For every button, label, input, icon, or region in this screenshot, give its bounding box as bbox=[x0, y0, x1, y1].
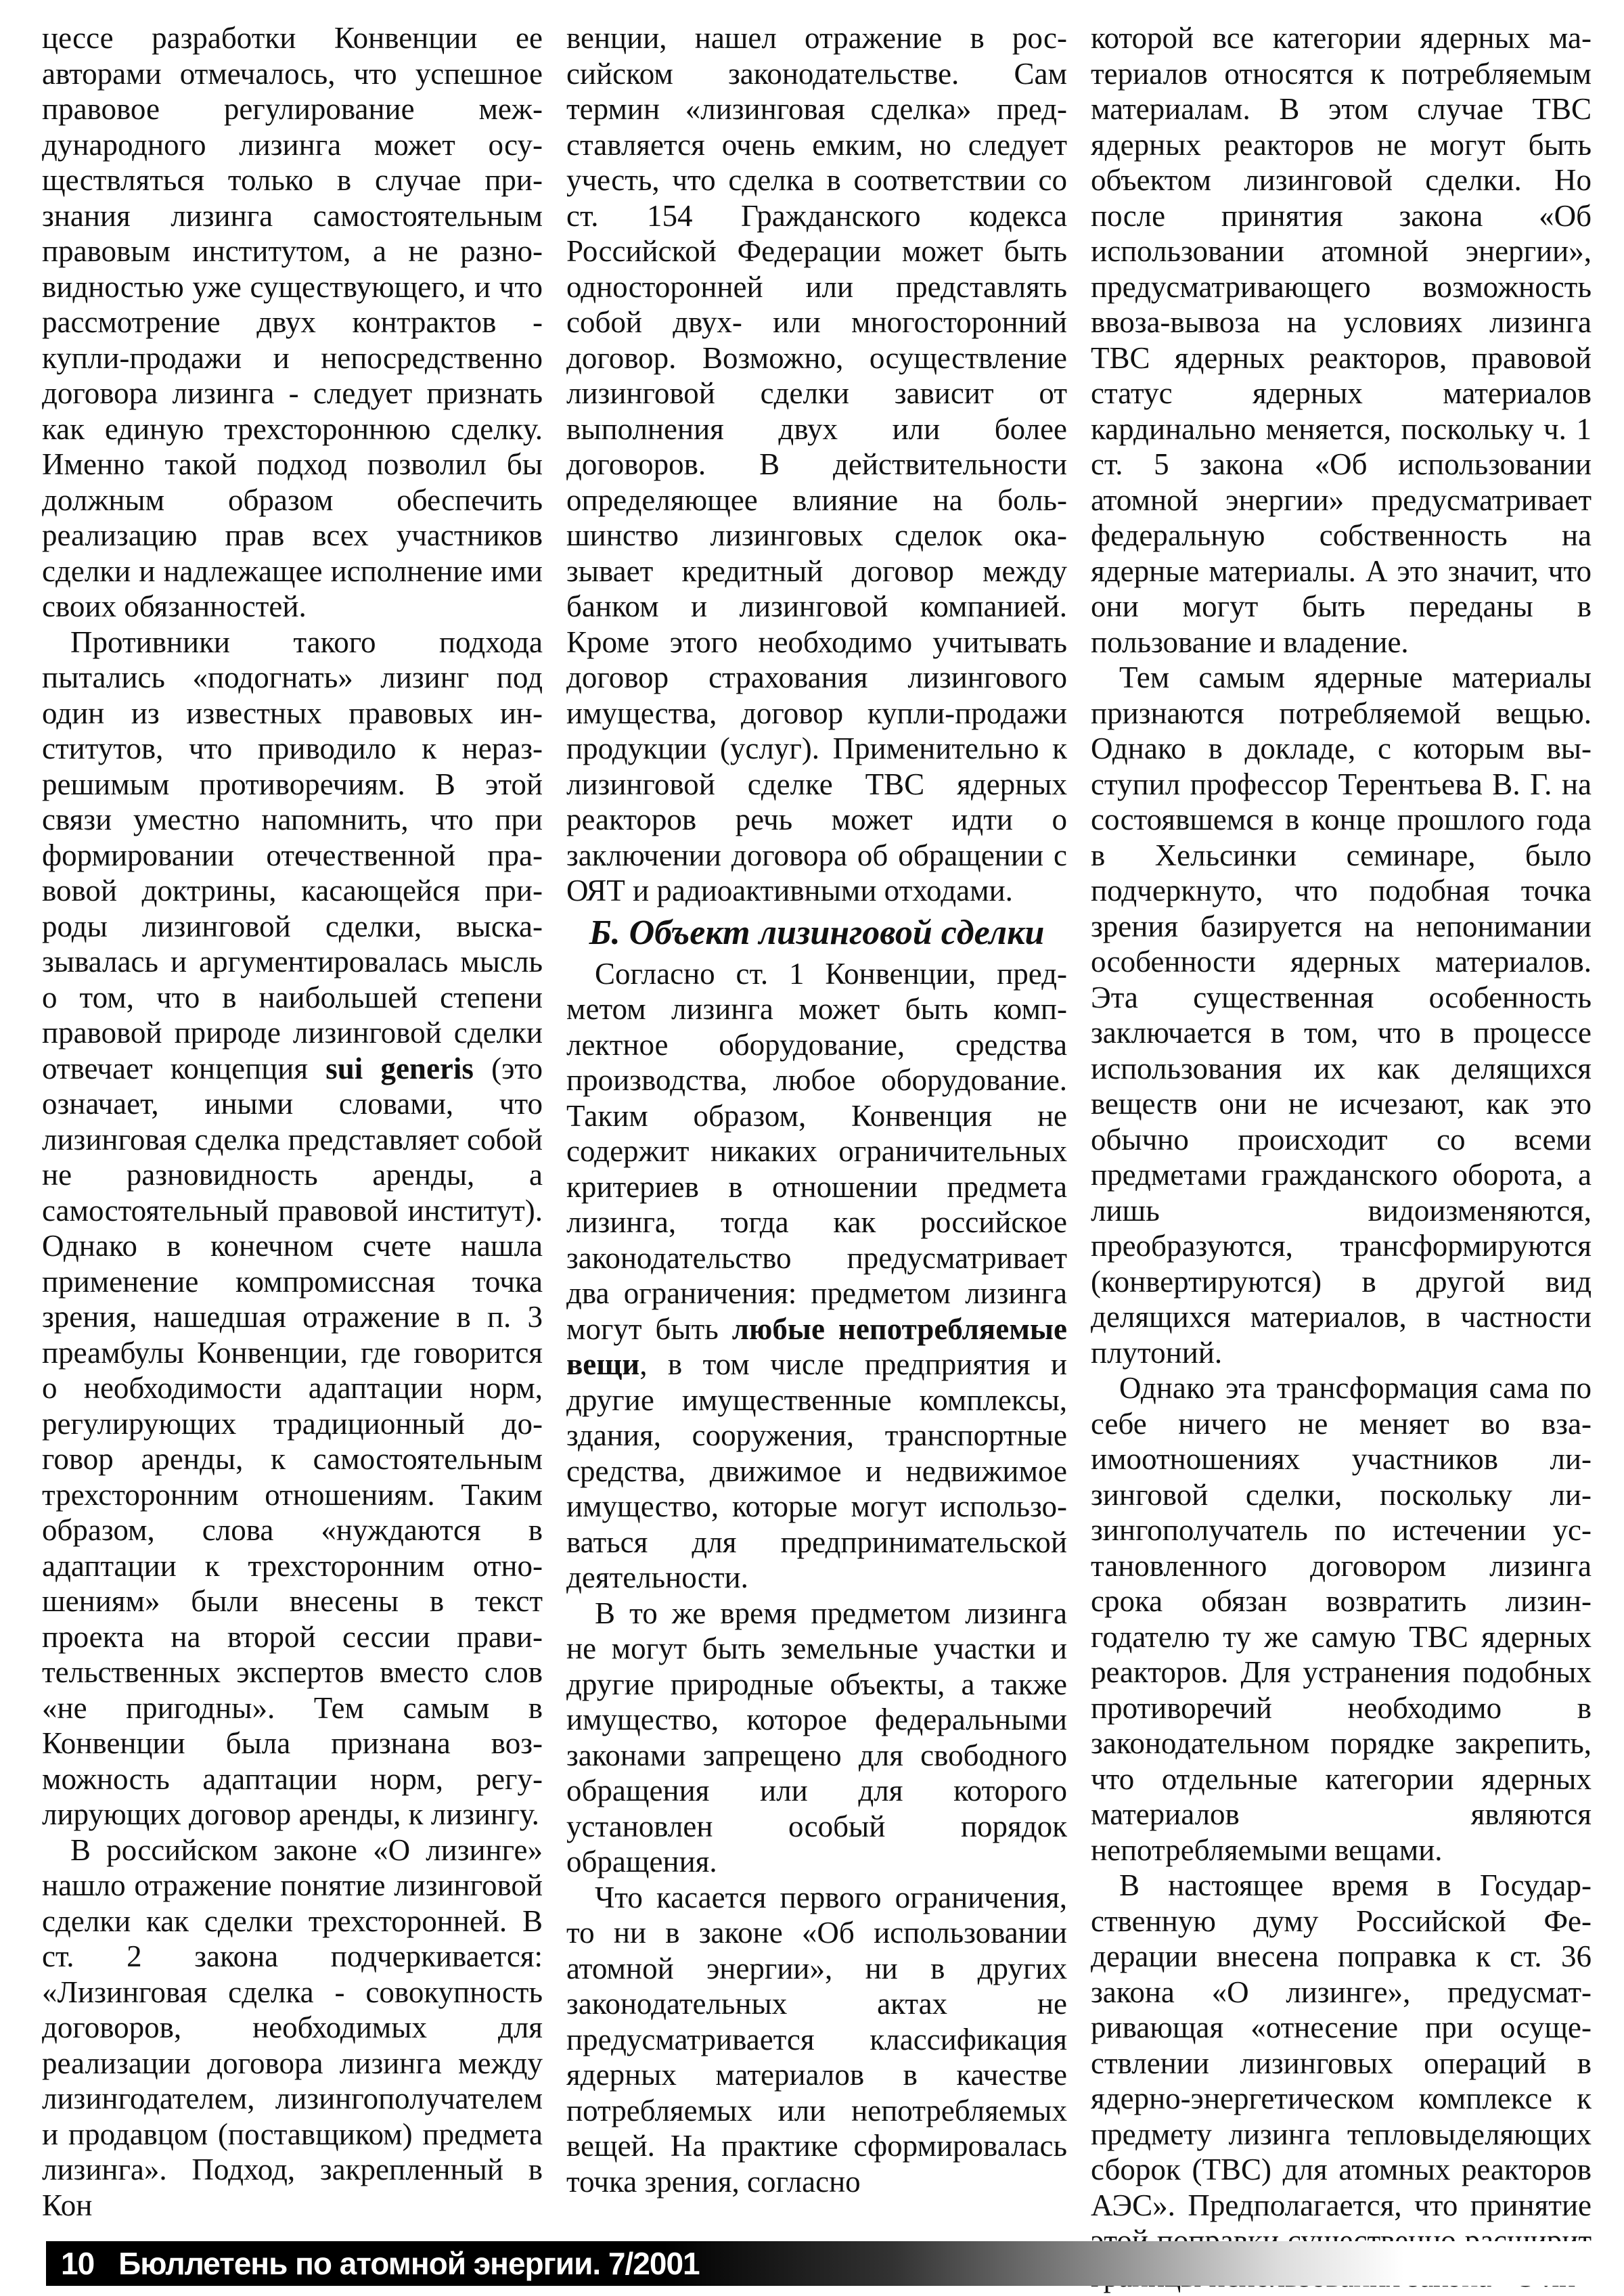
page-footer: 10 Бюллетень по атомной энергии. 7/2001 bbox=[46, 2241, 1589, 2286]
paragraph: Противники такого подхода пытались «подо… bbox=[42, 625, 543, 1832]
publication-title: Бюллетень по атомной энергии. 7/2001 bbox=[118, 2245, 699, 2282]
text-run: Согласно ст. 1 Конвенции, пред­метом лиз… bbox=[566, 957, 1067, 1346]
paragraph: Тем самым ядерные материалы признаются п… bbox=[1091, 660, 1592, 1370]
paragraph: В то же время предметом ли­зинга не могу… bbox=[566, 1596, 1067, 1880]
paragraph: Однако эта трансформация сама по себе ни… bbox=[1091, 1370, 1592, 1868]
text-run: Противники такого подхода пытались «подо… bbox=[42, 625, 543, 1085]
paragraph: В российском законе «О лизин­ге» нашло о… bbox=[42, 1832, 543, 2224]
article-body: цессе разработки Конвенции ее авторами о… bbox=[42, 20, 1592, 2213]
paragraph: цессе разработки Конвенции ее авторами о… bbox=[42, 20, 543, 625]
paragraph: В настоящее время в Государ­ственную дум… bbox=[1091, 1868, 1592, 2294]
text-run: (это означает, иными словами, что лизинг… bbox=[42, 1052, 543, 1832]
paragraph: Что касается первого ограни­чения, то ни… bbox=[566, 1880, 1067, 2200]
column-1: цессе разработки Конвенции ее авторами о… bbox=[42, 20, 543, 2294]
bold-term: sui generis bbox=[325, 1052, 474, 1085]
column-3: которой все категории ядерных ма­териало… bbox=[1091, 20, 1592, 2294]
paragraph: венции, нашел отражение в рос­сийском за… bbox=[566, 20, 1067, 909]
paragraph: Согласно ст. 1 Конвенции, пред­метом лиз… bbox=[566, 956, 1067, 1596]
text-run: , в том чис­ле предприятия и другие имущ… bbox=[566, 1347, 1067, 1594]
page-number: 10 bbox=[61, 2245, 94, 2282]
paragraph: которой все категории ядерных ма­териало… bbox=[1091, 20, 1592, 660]
section-heading: Б. Объект лизинговой сделки bbox=[566, 914, 1067, 952]
column-2: венции, нашел отражение в рос­сийском за… bbox=[566, 20, 1067, 2294]
